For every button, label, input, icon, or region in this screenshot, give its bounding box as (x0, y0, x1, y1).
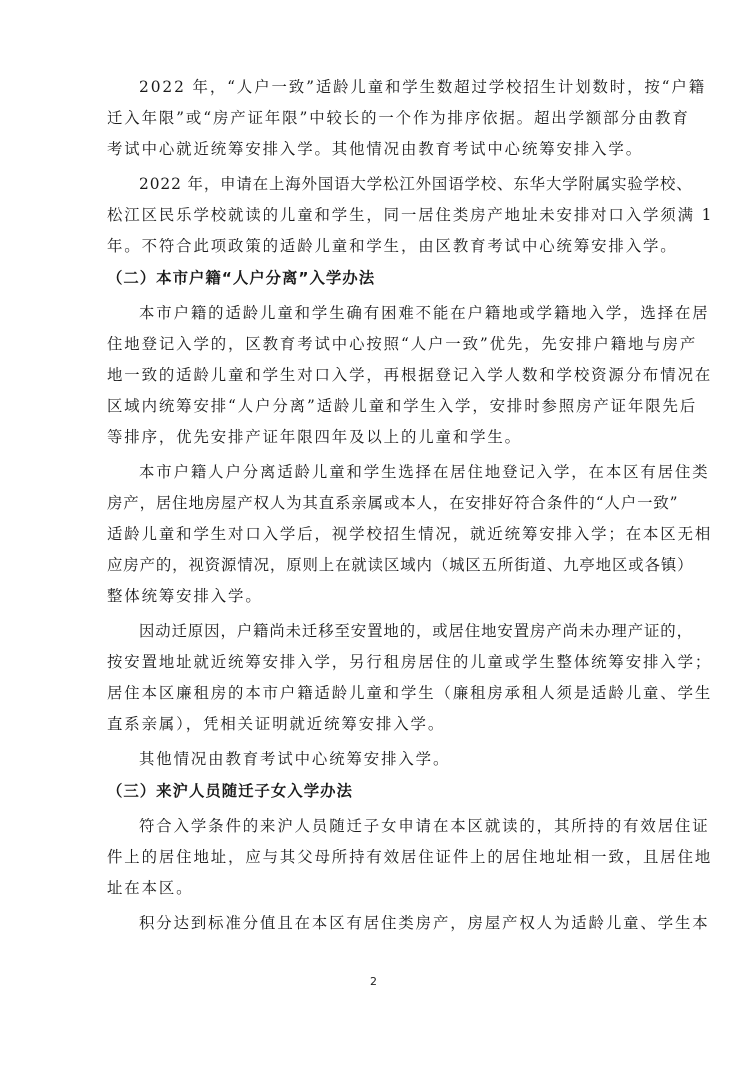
paragraph-enrollment-ranking: 2022 年，“人户一致”适龄儿童和学生数超过学校招生计划数时，按“户籍 迁入年… (107, 72, 643, 165)
text-line: 居住本区廉租房的本市户籍适龄儿童和学生（廉租房承租人须是适龄儿童、学生 (107, 678, 643, 709)
paragraph-points-standard: 积分达到标准分值且在本区有居住类房产，房屋产权人为适龄儿童、学生本 (107, 908, 643, 939)
text-line: 住地登记入学的，区教育考试中心按照“人户一致”优先，先安排户籍地与房产 (107, 329, 643, 360)
paragraph-residence-registration: 本市户籍人户分离适龄儿童和学生选择在居住地登记入学，在本区有居住类 房产，居住地… (107, 457, 643, 612)
text-line: 等排序，优先安排产证年限四年及以上的儿童和学生。 (107, 422, 643, 453)
text-line: 积分达到标准分值且在本区有居住类房产，房屋产权人为适龄儿童、学生本 (107, 908, 643, 939)
text-line: 整体统筹安排入学。 (107, 581, 643, 612)
text-line: 其他情况由教育考试中心统筹安排入学。 (107, 744, 643, 775)
text-line: 2022 年，申请在上海外国语大学松江外国语学校、东华大学附属实验学校、 (107, 169, 643, 200)
text-line: 2022 年，“人户一致”适龄儿童和学生数超过学校招生计划数时，按“户籍 (107, 72, 643, 103)
text-line: 本市户籍的适龄儿童和学生确有困难不能在户籍地或学籍地入学，选择在居 (107, 298, 643, 329)
text-line: 按安置地址就近统筹安排入学，另行租房居住的儿童或学生整体统筹安排入学； (107, 647, 643, 678)
paragraph-relocation: 因动迁原因，户籍尚未迁移至安置地的，或居住地安置房产尚未办理产证的， 按安置地址… (107, 616, 643, 740)
text-line: 适龄儿童和学生对口入学后，视学校招生情况，就近统筹安排入学；在本区无相 (107, 519, 643, 550)
document-page: 2022 年，“人户一致”适龄儿童和学生数超过学校招生计划数时，按“户籍 迁入年… (107, 72, 643, 939)
paragraph-specific-schools: 2022 年，申请在上海外国语大学松江外国语学校、东华大学附属实验学校、 松江区… (107, 169, 643, 262)
text-line: 区域内统筹安排“人户分离”适龄儿童和学生入学，安排时参照房产证年限先后 (107, 391, 643, 422)
text-line: 地一致的适龄儿童和学生对口入学，再根据登记入学人数和学校资源分布情况在 (107, 360, 643, 391)
text-line: 年。不符合此项政策的适龄儿童和学生，由区教育考试中心统筹安排入学。 (107, 231, 643, 262)
text-line: 松江区民乐学校就读的儿童和学生，同一居住类房产地址未安排对口入学须满 1 (107, 200, 643, 231)
text-line: 本市户籍人户分离适龄儿童和学生选择在居住地登记入学，在本区有居住类 (107, 457, 643, 488)
text-line: 房产，居住地房屋产权人为其直系亲属或本人，在安排好符合条件的“人户一致” (107, 488, 643, 519)
text-line: 考试中心就近统筹安排入学。其他情况由教育考试中心统筹安排入学。 (107, 134, 643, 165)
section-heading-migrant-children: （三）来沪人员随迁子女入学办法 (107, 775, 643, 807)
text-line: 因动迁原因，户籍尚未迁移至安置地的，或居住地安置房产尚未办理产证的， (107, 616, 643, 647)
text-line: 迁入年限”或“房产证年限”中较长的一个作为排序依据。超出学额部分由教育 (107, 103, 643, 134)
text-line: 符合入学条件的来沪人员随迁子女申请在本区就读的，其所持的有效居住证 (107, 811, 643, 842)
text-line: 应房产的，视资源情况，原则上在就读区域内（城区五所街道、九亭地区或各镇） (107, 550, 643, 581)
section-heading-local-household-separation: （二）本市户籍“人户分离”入学办法 (107, 262, 643, 294)
paragraph-residence-permit-address: 符合入学条件的来沪人员随迁子女申请在本区就读的，其所持的有效居住证 件上的居住地… (107, 811, 643, 904)
text-line: 件上的居住地址，应与其父母所持有效居住证件上的居住地址相一致，且居住地 (107, 842, 643, 873)
paragraph-other-cases: 其他情况由教育考试中心统筹安排入学。 (107, 744, 643, 775)
text-line: 址在本区。 (107, 873, 643, 904)
page-number: 2 (0, 975, 747, 988)
paragraph-local-separation-rules: 本市户籍的适龄儿童和学生确有困难不能在户籍地或学籍地入学，选择在居 住地登记入学… (107, 298, 643, 453)
text-line: 直系亲属），凭相关证明就近统筹安排入学。 (107, 709, 643, 740)
